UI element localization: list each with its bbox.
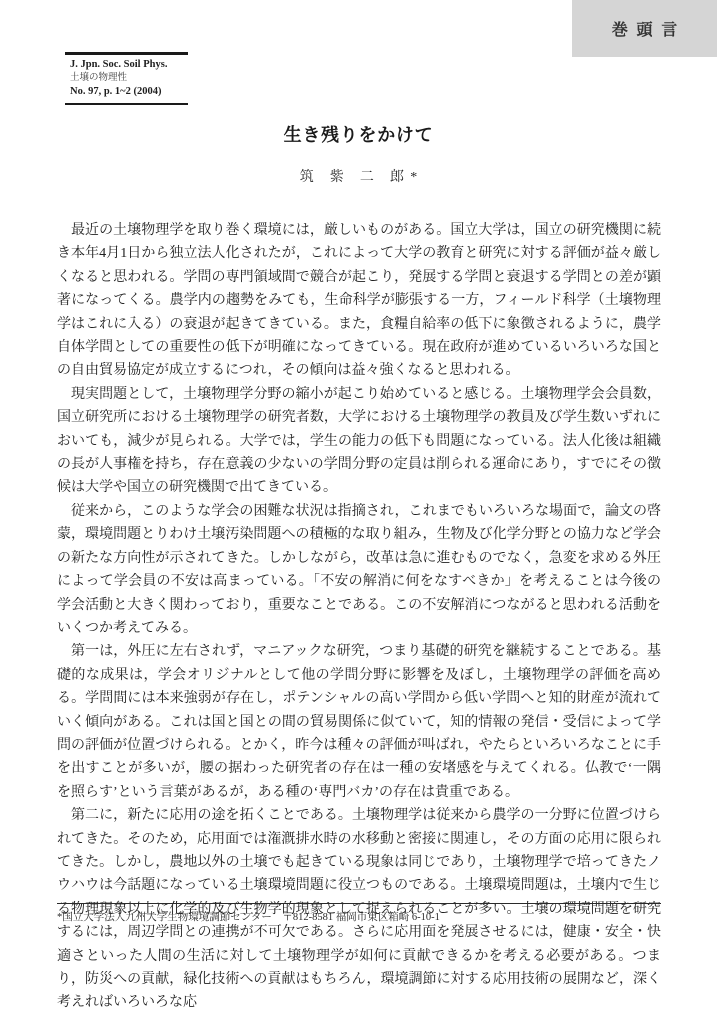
article-title: 生き残りをかけて: [0, 121, 717, 147]
journal-reference-box: J. Jpn. Soc. Soil Phys. 土壌の物理性 No. 97, p…: [65, 52, 188, 105]
paragraph: 従来から，このような学会の困難な状況は指摘され，これまでもいろいろな場面で，論文…: [57, 500, 661, 640]
journal-name-en: J. Jpn. Soc. Soil Phys.: [70, 58, 186, 72]
journal-name-ja: 土壌の物理性: [70, 72, 186, 85]
author-affiliation-footnote: *国立大学法人九州大学生物環境調節センター 〒812-8581 福岡市東区箱崎 …: [57, 909, 661, 924]
paragraph: 第一は，外圧に左右されず，マニアックな研究，つまり基礎的研究を継続することである…: [57, 640, 661, 804]
journal-page: 巻頭言 J. Jpn. Soc. Soil Phys. 土壌の物理性 No. 9…: [0, 0, 717, 1013]
journal-issue: No. 97, p. 1~2 (2004): [70, 85, 186, 99]
article-body: 最近の土壌物理学を取り巻く環境には，厳しいものがある。国立大学は，国立の研究機関…: [57, 219, 661, 1013]
footnote-area: *国立大学法人九州大学生物環境調節センター 〒812-8581 福岡市東区箱崎 …: [57, 903, 661, 924]
paragraph: 最近の土壌物理学を取り巻く環境には，厳しいものがある。国立大学は，国立の研究機関…: [57, 219, 661, 383]
corner-label-box: 巻頭言: [572, 0, 717, 57]
corner-label: 巻頭言: [603, 17, 686, 40]
author-name: 筑 紫 二 郎*: [0, 166, 717, 186]
paragraph: 現実問題として，土壌物理学分野の縮小が起こり始めていると感じる。土壌物理学会会員…: [57, 383, 661, 500]
